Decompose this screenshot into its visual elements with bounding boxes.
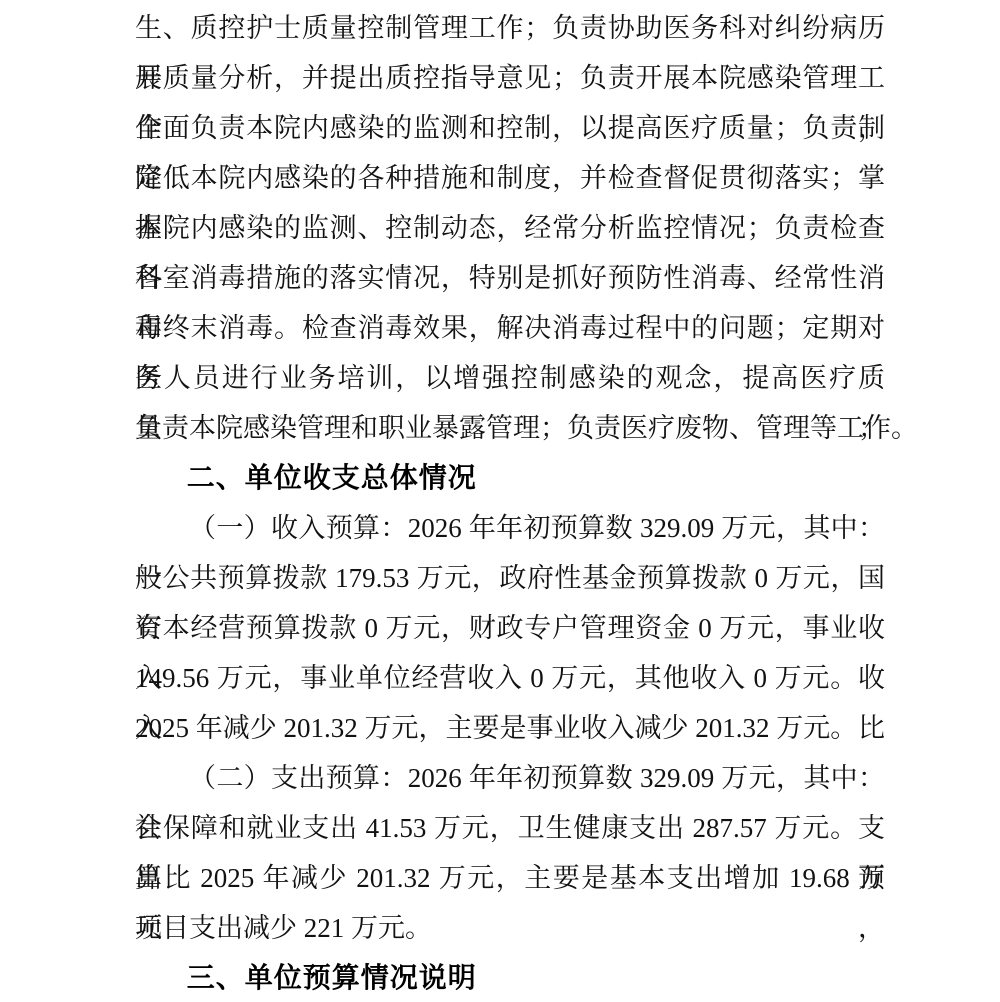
- paragraph-duties-continuation: 生、质控护士质量控制管理工作；负责协助医务科对纠纷病历开展质量分析，并提出质控指…: [135, 3, 885, 453]
- text-line: 会保障和就业支出 41.53 万元，卫生健康支出 287.57 万元。支出预: [135, 803, 885, 853]
- text-line: 务人员进行业务培训，以增强控制感染的观念，提高医疗质量；: [135, 353, 885, 403]
- text-line: 负责本院感染管理和职业暴露管理；负责医疗废物、管理等工作。: [135, 403, 885, 453]
- text-line: 全面负责本院内感染的监测和控制，以提高医疗质量；负责制定: [135, 103, 885, 153]
- text-line: 降低本院内感染的各种措施和制度，并检查督促贯彻落实；掌握: [135, 153, 885, 203]
- text-line: 本院内感染的监测、控制动态，经常分析监控情况；负责检查各: [135, 203, 885, 253]
- text-line: 生、质控护士质量控制管理工作；负责协助医务科对纠纷病历开: [135, 3, 885, 53]
- text-line: 149.56 万元，事业单位经营收入 0 万元，其他收入 0 万元。收入比: [135, 653, 885, 703]
- document-page: 生、质控护士质量控制管理工作；负责协助医务科对纠纷病历开展质量分析，并提出质控指…: [0, 0, 1000, 1002]
- text-line: 般公共预算拨款 179.53 万元，政府性基金预算拨款 0 万元，国有: [135, 553, 885, 603]
- section-heading-income-expenditure-overview: 二、单位收支总体情况: [135, 453, 885, 503]
- text-line: 算比 2025 年减少 201.32 万元，主要是基本支出增加 19.68 万元…: [135, 853, 885, 903]
- text-line: 和终末消毒。检查消毒效果，解决消毒过程中的问题；定期对医: [135, 303, 885, 353]
- text-line: 科室消毒措施的落实情况，特别是抓好预防性消毒、经常性消毒: [135, 253, 885, 303]
- section-heading-budget-explanation: 三、单位预算情况说明: [135, 953, 885, 1002]
- text-line: 资本经营预算拨款 0 万元，财政专户管理资金 0 万元，事业收入: [135, 603, 885, 653]
- paragraph-income-budget: （一）收入预算：2026 年年初预算数 329.09 万元，其中：一般公共预算拨…: [135, 503, 885, 753]
- text-line: 展质量分析，并提出质控指导意见；负责开展本院感染管理工作，: [135, 53, 885, 103]
- text-line: （一）收入预算：2026 年年初预算数 329.09 万元，其中：一: [135, 503, 885, 553]
- text-line: 2025 年减少 201.32 万元，主要是事业收入减少 201.32 万元。: [135, 703, 885, 753]
- paragraph-expenditure-budget: （二）支出预算：2026 年年初预算数 329.09 万元，其中：社会保障和就业…: [135, 753, 885, 953]
- text-line: （二）支出预算：2026 年年初预算数 329.09 万元，其中：社: [135, 753, 885, 803]
